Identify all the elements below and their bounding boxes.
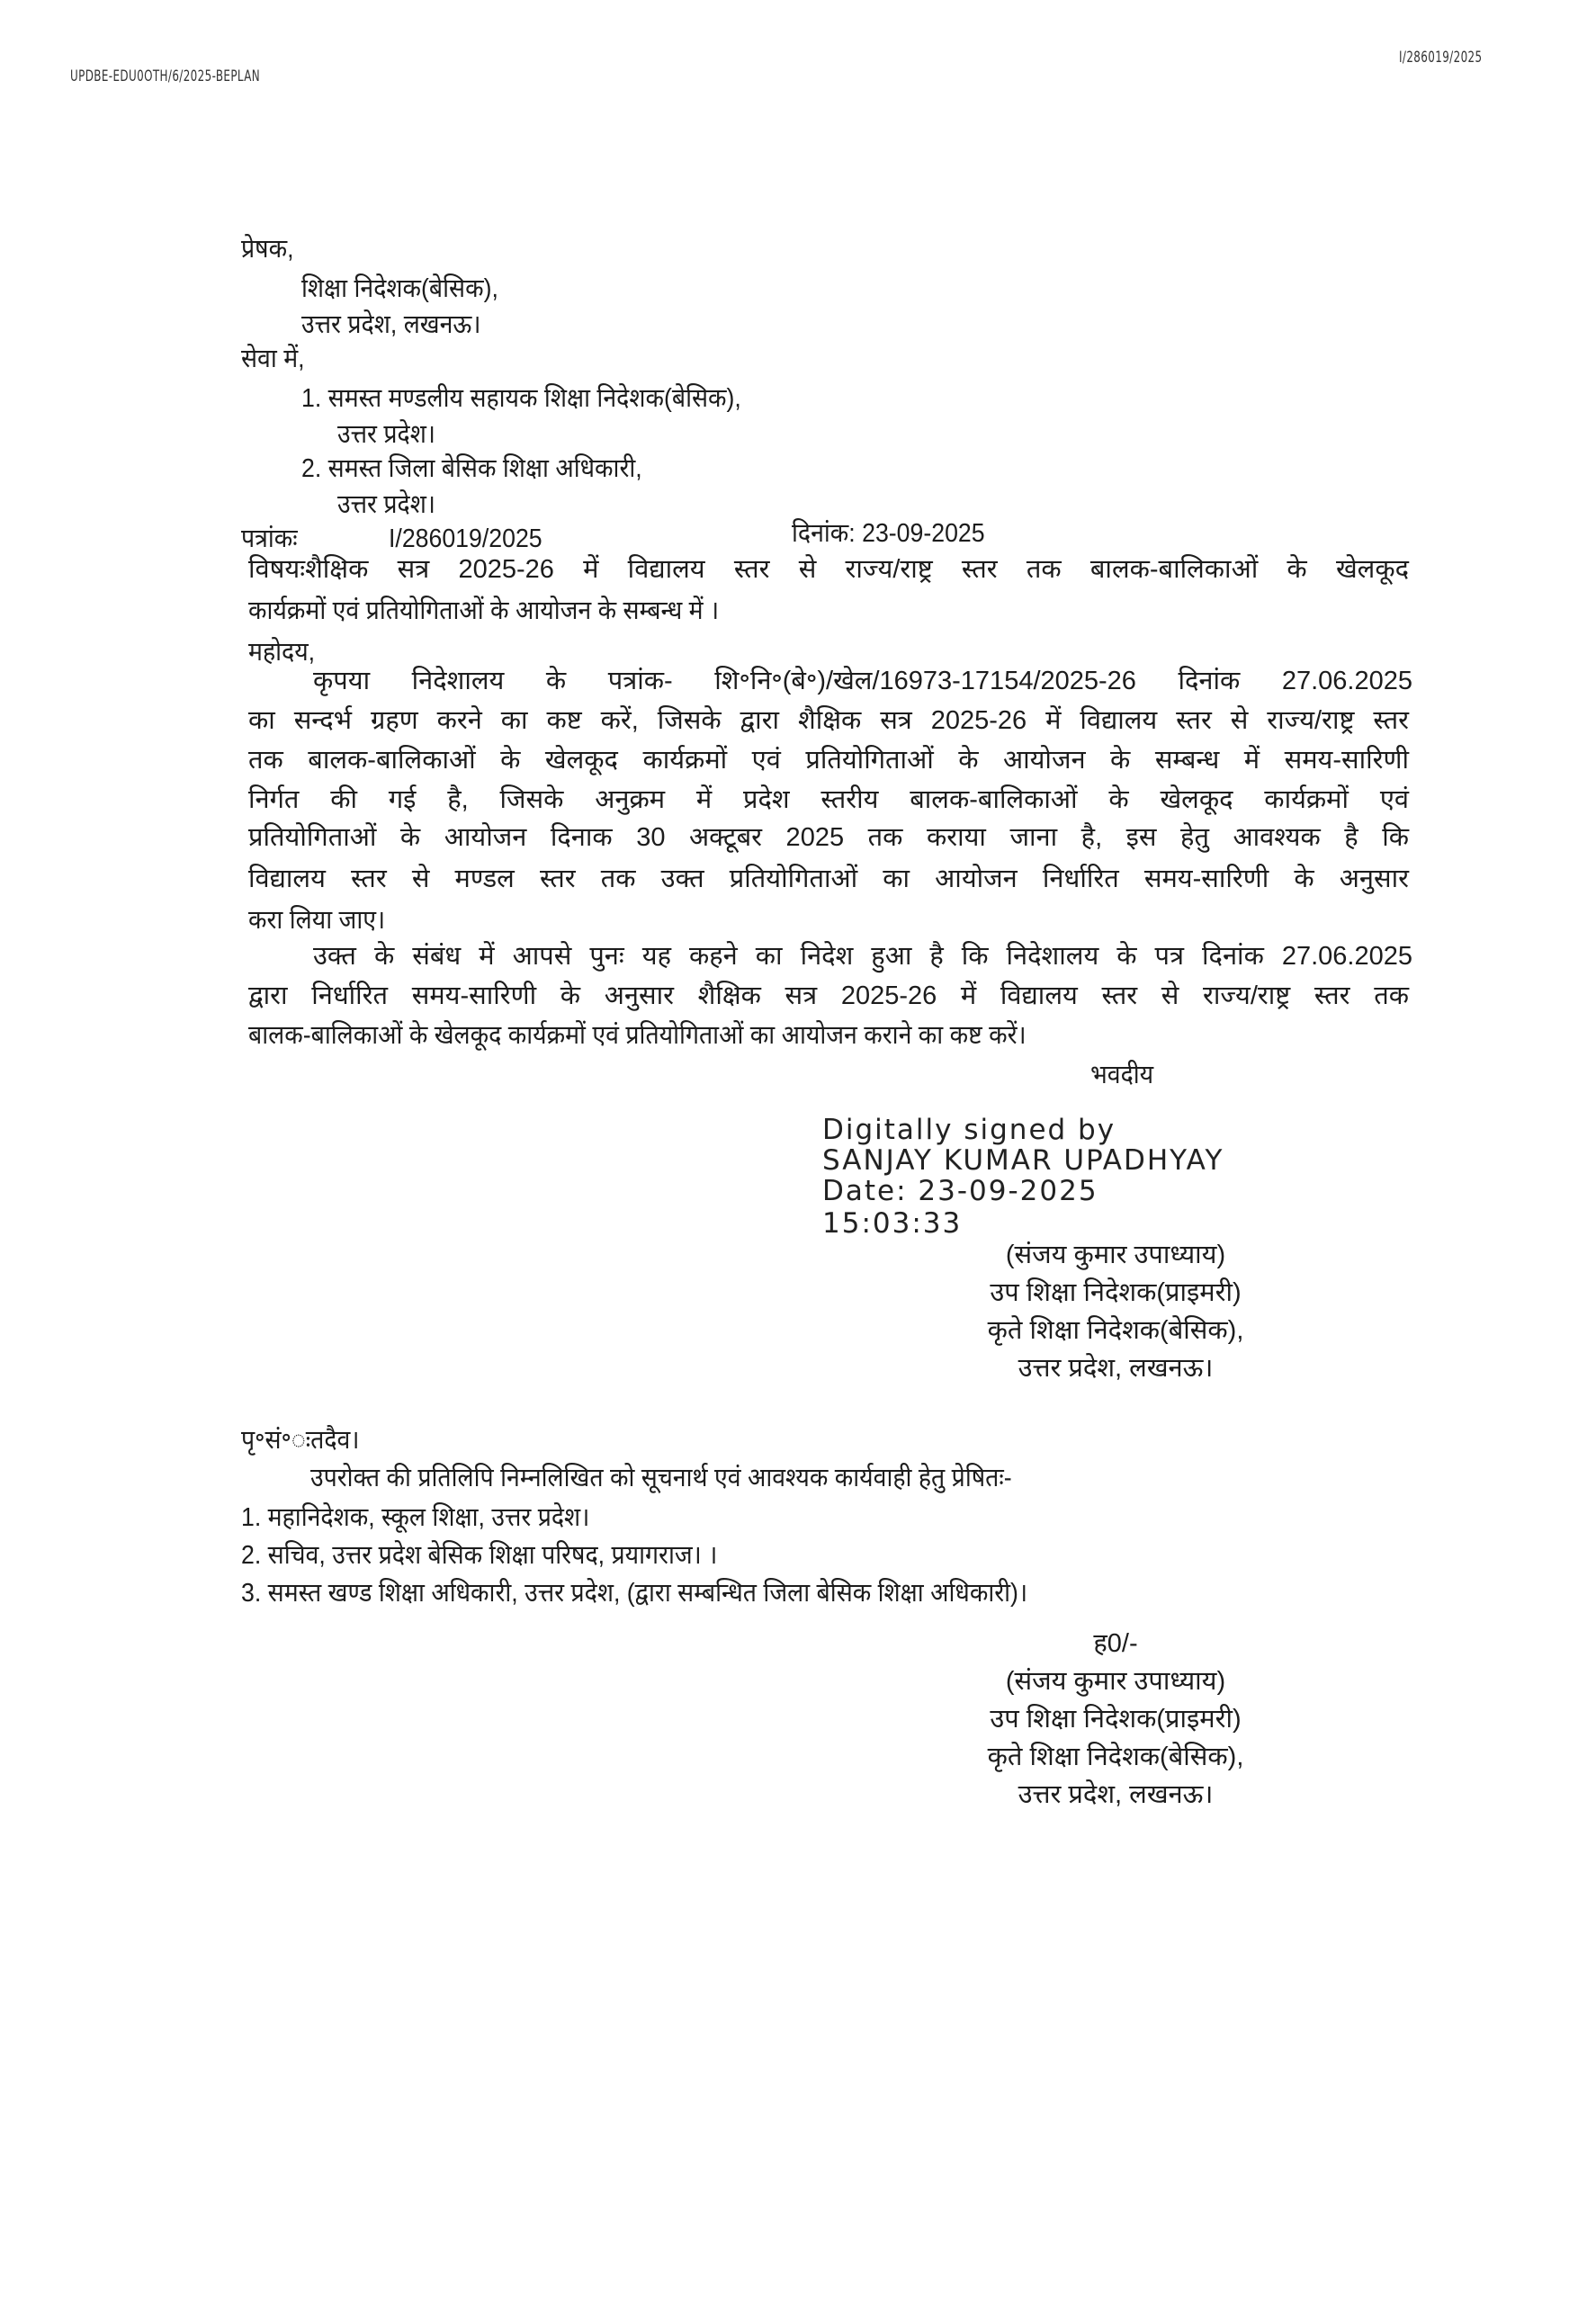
signatory-name: (संजय कुमार उपाध्याय) xyxy=(936,1236,1296,1274)
recipients-label: सेवा में, xyxy=(241,342,305,376)
second-signatory-name: (संजय कुमार उपाध्याय) xyxy=(936,1662,1296,1700)
signatory-block: (संजय कुमार उपाध्याय) उप शिक्षा निदेशक(प… xyxy=(936,1236,1296,1387)
sender-line-2: उत्तर प्रदेश, लखनऊ। xyxy=(301,308,480,342)
paragraph-1-line-1: कृपया निदेशालय के पत्रांक- शि॰नि॰(बे॰)/ख… xyxy=(313,664,1412,698)
second-signatory-block: ह0/- (संजय कुमार उपाध्याय) उप शिक्षा निद… xyxy=(936,1625,1296,1814)
closing: भवदीय xyxy=(1090,1058,1153,1092)
paragraph-2-line-1: उक्त के संबंध में आपसे पुनः यह कहने का न… xyxy=(313,939,1412,973)
copy-intro: उपरोक्त की प्रतिलिपि निम्नलिखित को सूचना… xyxy=(310,1461,1012,1495)
signatory-designation: उप शिक्षा निदेशक(प्राइमरी) xyxy=(936,1274,1296,1312)
paragraph-1-line-5: प्रतियोगिताओं के आयोजन दिनाक 30 अक्टूबर … xyxy=(248,820,1409,855)
signatory-location: उत्तर प्रदेश, लखनऊ। xyxy=(936,1349,1296,1387)
paragraph-1-line-3: तक बालक-बालिकाओं के खेलकूद कार्यक्रमों ए… xyxy=(248,743,1409,777)
copy-item-2: 2. सचिव, उत्तर प्रदेश बेसिक शिक्षा परिषद… xyxy=(241,1538,717,1573)
sender-line-1: शिक्षा निदेशक(बेसिक), xyxy=(301,272,498,306)
digital-signature-date: Date: 23-09-2025 xyxy=(822,1175,1098,1207)
recipient-2-line-1: 2. समस्त जिला बेसिक शिक्षा अधिकारी, xyxy=(301,452,642,486)
paragraph-1-line-2: का सन्दर्भ ग्रहण करने का कष्ट करें, जिसक… xyxy=(248,703,1409,738)
reference-number: I/286019/2025 xyxy=(389,522,542,556)
subject-line-1: विषयःशैक्षिक सत्र 2025-26 में विद्यालय स… xyxy=(248,552,1409,587)
signed-mark: ह0/- xyxy=(936,1625,1296,1662)
second-signatory-designation: उप शिक्षा निदेशक(प्राइमरी) xyxy=(936,1700,1296,1738)
recipient-2-line-2: उत्तर प्रदेश। xyxy=(337,488,435,522)
signatory-on-behalf: कृते शिक्षा निदेशक(बेसिक), xyxy=(936,1312,1296,1349)
paragraph-1-line-4: निर्गत की गई है, जिसके अनुक्रम में प्रदे… xyxy=(248,783,1409,817)
second-signatory-location: उत्तर प्रदेश, लखनऊ। xyxy=(936,1776,1296,1814)
letter-number-header: I/286019/2025 xyxy=(1399,49,1483,67)
copy-item-3: 3. समस्त खण्ड शिक्षा अधिकारी, उत्तर प्रद… xyxy=(241,1576,1027,1610)
paragraph-1-line-7: करा लिया जाए। xyxy=(248,903,385,937)
salutation: महोदय, xyxy=(248,635,315,669)
second-signatory-on-behalf: कृते शिक्षा निदेशक(बेसिक), xyxy=(936,1738,1296,1776)
document-code: UPDBE-EDU0OTH/6/2025-BEPLAN xyxy=(70,67,260,85)
paragraph-2-line-2: द्वारा निर्धारित समय-सारिणी के अनुसार शै… xyxy=(248,979,1409,1013)
recipient-1-line-2: उत्तर प्रदेश। xyxy=(337,417,435,452)
copy-reference: पृ॰सं॰◌ःतदैव। xyxy=(241,1423,359,1457)
copy-item-1: 1. महानिदेशक, स्कूल शिक्षा, उत्तर प्रदेश… xyxy=(241,1501,589,1535)
paragraph-2-line-3: बालक-बालिकाओं के खेलकूद कार्यक्रमों एवं … xyxy=(248,1018,1027,1053)
recipient-1-line-1: 1. समस्त मण्डलीय सहायक शिक्षा निदेशक(बेस… xyxy=(301,381,741,416)
digital-signature-time: 15:03:33 xyxy=(822,1207,962,1240)
paragraph-1-line-6: विद्यालय स्तर से मण्डल स्तर तक उक्त प्रत… xyxy=(248,862,1409,896)
subject-line-2: कार्यक्रमों एवं प्रतियोगिताओं के आयोजन क… xyxy=(248,594,719,628)
reference-date: दिनांक: 23-09-2025 xyxy=(792,516,985,551)
sender-label: प्रेषक, xyxy=(241,232,294,266)
reference-label: पत्रांकः xyxy=(241,522,298,556)
digital-signature-line-1: Digitally signed by xyxy=(822,1114,1116,1146)
digital-signature-signer: SANJAY KUMAR UPADHYAY xyxy=(822,1144,1224,1177)
